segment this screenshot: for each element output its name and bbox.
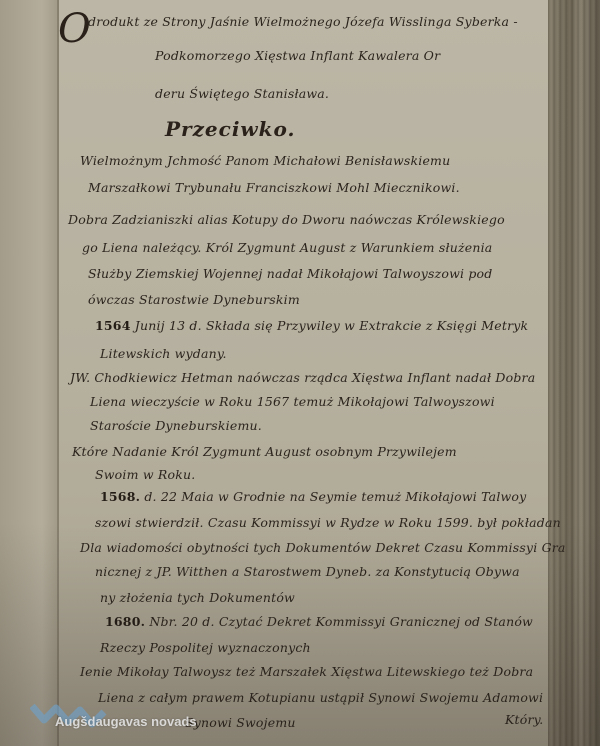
margin-date: 1564 [95,318,131,333]
manuscript-line: Ienie Mikołay Talwoysz też Marszałek Xię… [80,664,533,679]
manuscript-line: 1564 Junij 13 d. Składa się Przywiley w … [95,318,528,333]
manuscript-line: JW. Chodkiewicz Hetman naówczas rządca X… [70,370,535,385]
line-text: Litewskich wydany. [100,346,227,361]
line-text: Swoim w Roku. [95,467,195,482]
page-edges-stack [548,0,600,746]
manuscript-line: Podkomorzego Xięstwa Inflant Kawalera Or [155,48,440,63]
manuscript-line: Dla wiadomości obytności tych Dokumentów… [80,540,566,555]
line-text: Służby Ziemskiej Wojennej nadał Mikołajo… [88,266,493,281]
line-text: go Liena należący. Król Zygmunt August z… [82,240,492,255]
manuscript-line: Który. [505,712,543,727]
watermark-text: Augšdaugavas novads [55,714,197,729]
manuscript-line: Marszałkowi Trybunału Franciszkowi Mohl … [88,180,460,195]
line-text: Dobra Zadzianiszki alias Kotupy do Dworu… [68,212,505,227]
manuscript-line: Swoim w Roku. [95,467,195,482]
manuscript-line: 1568. d. 22 Maia w Grodnie na Seymie tem… [100,489,526,504]
manuscript-line: Dobra Zadzianiszki alias Kotupy do Dworu… [68,212,505,227]
decorative-initial: O [58,6,91,52]
line-text: JW. Chodkiewicz Hetman naówczas rządca X… [70,370,535,385]
left-facing-page [0,0,60,746]
manuscript-line: drodukt ze Strony Jaśnie Wielmożnego Józ… [88,14,518,29]
manuscript-line: Które Nadanie Król Zygmunt August osobny… [72,444,457,459]
line-text: Podkomorzego Xięstwa Inflant Kawalera Or [155,48,440,63]
manuscript-line: go Liena należący. Król Zygmunt August z… [82,240,492,255]
line-text: ny złożenia tych Dokumentów [100,590,295,605]
manuscript-line: 1680. Nbr. 20 d. Czytać Dekret Kommissyi… [105,614,533,629]
line-text: szowi stwierdził. Czasu Kommissyi w Rydz… [95,515,561,530]
line-text: Liena wieczyście w Roku 1567 temuż Mikoł… [90,394,495,409]
line-text: drodukt ze Strony Jaśnie Wielmożnego Józ… [88,14,518,29]
line-text: nicznej z JP. Witthen a Starostwem Dyneb… [95,564,520,579]
line-text: Który. [505,712,543,727]
margin-date: 1680. [105,614,145,629]
line-text: ówczas Starostwie Dyneburskim [88,292,300,307]
manuscript-line: nicznej z JP. Witthen a Starostwem Dyneb… [95,564,520,579]
book-gutter [57,0,59,746]
line-text: Staroście Dyneburskiemu. [90,418,262,433]
manuscript-line: Staroście Dyneburskiemu. [90,418,262,433]
manuscript-line: Służby Ziemskiej Wojennej nadał Mikołajo… [88,266,493,281]
manuscript-line: ówczas Starostwie Dyneburskim [88,292,300,307]
manuscript-line: szowi stwierdził. Czasu Kommissyi w Rydz… [95,515,561,530]
manuscript-line: Rzeczy Pospolitej wyznaczonych [100,640,311,655]
line-text: Które Nadanie Król Zygmunt August osobny… [72,444,457,459]
watermark: Augšdaugavas novads [30,700,230,740]
line-text: Junij 13 d. Składa się Przywiley w Extra… [135,318,529,333]
manuscript-line: Liena wieczyście w Roku 1567 temuż Mikoł… [90,394,495,409]
manuscript-line: Litewskich wydany. [100,346,227,361]
manuscript-line: deru Świętego Stanisława. [155,86,329,101]
section-heading: Przeciwko. [165,117,295,141]
manuscript-line: Wielmożnym Jchmość Panom Michałowi Benis… [80,153,450,168]
line-text: Marszałkowi Trybunału Franciszkowi Mohl … [88,180,460,195]
line-text: Ienie Mikołay Talwoysz też Marszałek Xię… [80,664,533,679]
line-text: d. 22 Maia w Grodnie na Seymie temuż Mik… [144,489,526,504]
margin-date: 1568. [100,489,140,504]
line-text: deru Świętego Stanisława. [155,86,329,101]
line-text: Nbr. 20 d. Czytać Dekret Kommissyi Grani… [149,614,533,629]
line-text: Przeciwko. [165,117,295,141]
line-text: Rzeczy Pospolitej wyznaczonych [100,640,311,655]
manuscript-line: ny złożenia tych Dokumentów [100,590,295,605]
line-text: Dla wiadomości obytności tych Dokumentów… [80,540,566,555]
line-text: Wielmożnym Jchmość Panom Michałowi Benis… [80,153,450,168]
